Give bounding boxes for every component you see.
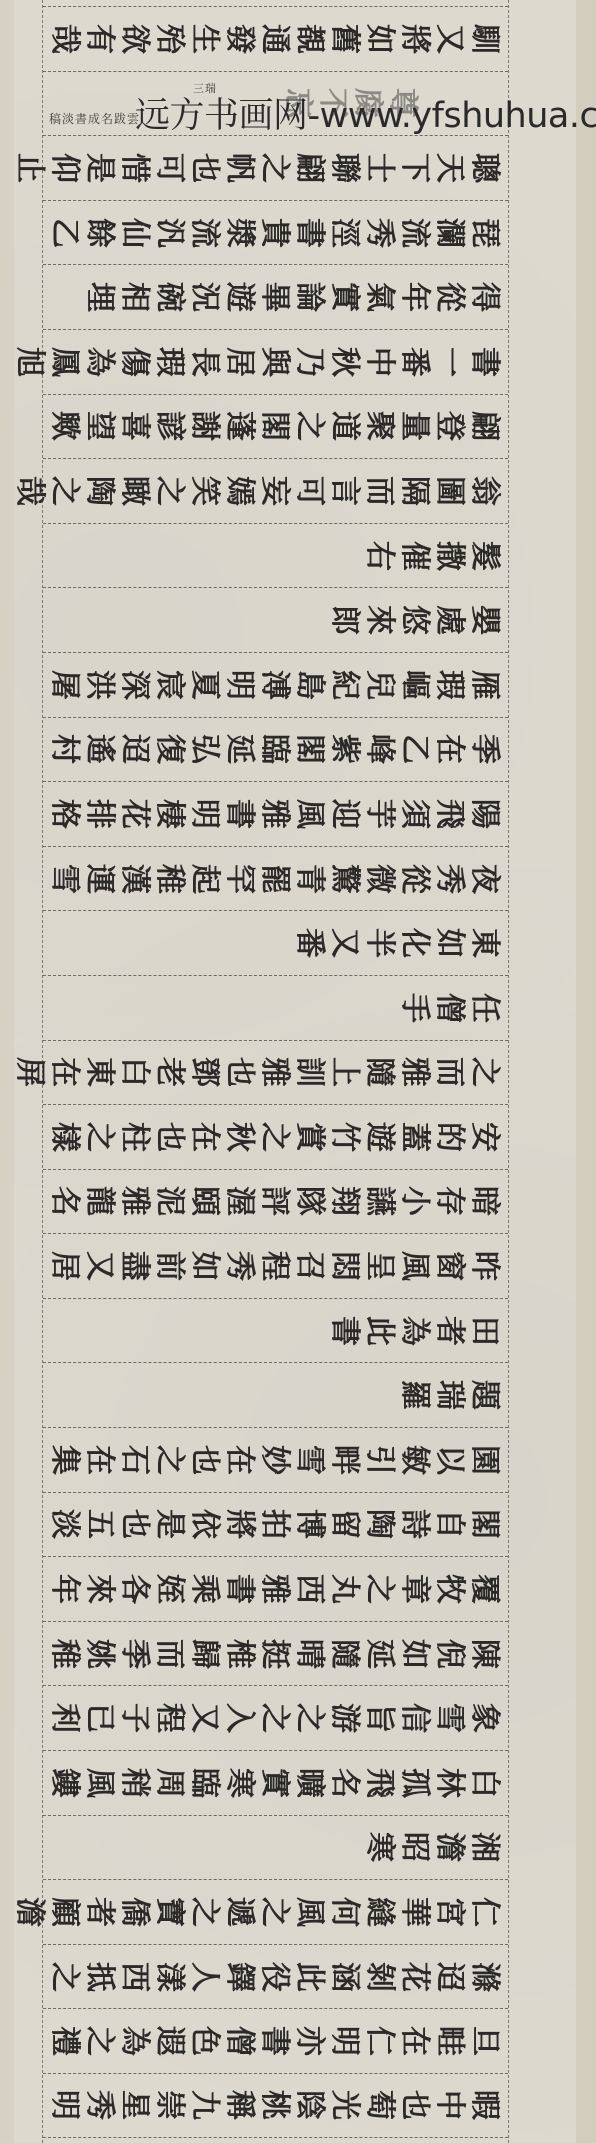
calligraphy-character: 色	[185, 2025, 223, 2057]
calligraphy-character: 髮	[465, 540, 503, 572]
calligraphy-character: 剝	[360, 1961, 398, 1993]
calligraphy-character: 象	[465, 1702, 503, 1734]
column-text: 旦畦在仁明亦書僧色遐為之禮	[48, 2022, 500, 2060]
calligraphy-character: 各	[115, 1573, 153, 1605]
calligraphy-character: 漿	[220, 217, 258, 249]
calligraphy-column: 嬰處悠來郎	[43, 587, 508, 652]
calligraphy-character: 東	[80, 1056, 118, 1088]
calligraphy-column: 髮撒催右	[43, 523, 508, 588]
calligraphy-character: 島	[290, 669, 328, 701]
calligraphy-character: 得	[465, 281, 503, 313]
calligraphy-character: 歸	[185, 1638, 223, 1670]
calligraphy-character: 翁	[465, 475, 503, 507]
calligraphy-column: 聰天下士聯翩之帆也可惜是仰止	[43, 135, 508, 200]
calligraphy-character: 也	[395, 2089, 433, 2121]
calligraphy-character: 蓋	[395, 1121, 433, 1153]
calligraphy-character: 可	[290, 475, 328, 507]
calligraphy-character: 昭	[395, 1831, 433, 1863]
calligraphy-character: 書	[220, 798, 258, 830]
calligraphy-character: 明	[185, 798, 223, 830]
calligraphy-character: 瑕	[150, 346, 188, 378]
calligraphy-character: 名	[325, 1767, 363, 1799]
calligraphy-character: 在	[220, 1444, 258, 1476]
calligraphy-character: 舊	[325, 23, 363, 55]
calligraphy-character: 下	[395, 152, 433, 184]
calligraphy-character: 之	[150, 1444, 188, 1476]
calligraphy-column: 田者為此書	[43, 1298, 508, 1363]
calligraphy-character: 洪	[80, 669, 118, 701]
calligraphy-character: 孤	[395, 1767, 433, 1799]
calligraphy-character: 東	[465, 927, 503, 959]
calligraphy-character: 崇	[150, 2089, 188, 2121]
calligraphy-character: 實	[325, 281, 363, 313]
calligraphy-character: 瀾	[430, 217, 468, 249]
calligraphy-character: 題	[465, 1379, 503, 1411]
calligraphy-column: 雁瑕嶇兒紀島溥明夏宸深洪屠	[43, 652, 508, 717]
calligraphy-character: 馴	[465, 23, 503, 55]
calligraphy-character: 役	[255, 1961, 293, 1993]
calligraphy-character: 埋	[80, 281, 118, 313]
calligraphy-column: 得從年氣實論畢遊況碗相埋	[43, 264, 508, 329]
calligraphy-character: 有	[80, 23, 118, 55]
calligraphy-character: 仁	[360, 2025, 398, 2057]
calligraphy-character: 笑	[185, 475, 223, 507]
calligraphy-character: 為	[80, 346, 118, 378]
calligraphy-character: 雅	[255, 798, 293, 830]
calligraphy-character: 仰	[45, 152, 83, 184]
calligraphy-character: 羅	[395, 1379, 433, 1411]
calligraphy-character: 旨	[360, 1702, 398, 1734]
calligraphy-column: 白林孤飛名曠實寒臨周稍風鏤	[43, 1750, 508, 1815]
calligraphy-character: 從	[430, 281, 468, 313]
calligraphy-character: 相	[115, 281, 153, 313]
calligraphy-character: 峰	[360, 733, 398, 765]
calligraphy-character: 雪	[45, 863, 83, 895]
calligraphy-column: 夜秀從微驚青罷罕起稚漢運雪	[43, 846, 508, 911]
calligraphy-character: 西	[115, 1961, 153, 1993]
calligraphy-character: 姪	[150, 1573, 188, 1605]
calligraphy-character: 竹	[325, 1121, 363, 1153]
calligraphy-character: 鐸	[220, 1961, 258, 1993]
calligraphy-character: 召	[290, 1250, 328, 1282]
column-text: 題瑞羅	[398, 1376, 500, 1414]
calligraphy-character: 寒	[360, 1831, 398, 1863]
calligraphy-character: 生	[185, 23, 223, 55]
calligraphy-character: 子	[115, 1702, 153, 1734]
calligraphy-character: 旭	[10, 346, 48, 378]
calligraphy-character: 星	[115, 2089, 153, 2121]
calligraphy-character: 引	[360, 1444, 398, 1476]
calligraphy-character: 棲	[150, 798, 188, 830]
calligraphy-character: 哉	[10, 475, 48, 507]
calligraphy-character: 謝	[185, 410, 223, 442]
calligraphy-character: 在	[45, 1056, 83, 1088]
calligraphy-character: 稚	[150, 863, 188, 895]
calligraphy-column: 閣自詩陶留博拍將依是也五淡	[43, 1492, 508, 1557]
calligraphy-column: 琵瀾流秀涇書貴漿流汎仙餘乙	[43, 200, 508, 265]
calligraphy-character: 拍	[255, 1508, 293, 1540]
calligraphy-character: 雪	[430, 1702, 468, 1734]
calligraphy-character: 從	[395, 863, 433, 895]
calligraphy-character: 臨	[255, 733, 293, 765]
calligraphy-character: 程	[255, 1250, 293, 1282]
calligraphy-character: 雅	[115, 1185, 153, 1217]
column-text: 陽飛須芋迎風雅書明棲花排格	[48, 795, 500, 833]
calligraphy-character: 如	[360, 23, 398, 55]
calligraphy-character: 白	[115, 1056, 153, 1088]
column-text: 聰天下士聯翩之帆也可惜是仰止	[13, 149, 500, 187]
calligraphy-character: 發	[220, 23, 258, 55]
calligraphy-character: 陰	[290, 2089, 328, 2121]
column-text: 髮撒催右	[363, 537, 500, 575]
calligraphy-character: 遐	[150, 2025, 188, 2057]
calligraphy-character: 上	[325, 1056, 363, 1088]
calligraphy-character: 雪	[290, 1444, 328, 1476]
calligraphy-character: 風	[80, 1767, 118, 1799]
column-text: 湘澹昭寒	[363, 1828, 500, 1866]
calligraphy-column: 書一番中秋乃與居長瑕傷為鳳旭	[43, 329, 508, 394]
calligraphy-character: 復	[150, 733, 188, 765]
calligraphy-character: 秋	[325, 346, 363, 378]
calligraphy-character: 延	[220, 733, 258, 765]
calligraphy-character: 萄	[360, 2089, 398, 2121]
calligraphy-character: 微	[360, 863, 398, 895]
calligraphy-character: 閣	[290, 733, 328, 765]
calligraphy-column: 暇中也萄光陰桃稱九崇星秀明	[43, 2073, 508, 2138]
calligraphy-column: 旦畦在仁明亦書僧色遐為之禮	[43, 2008, 508, 2073]
calligraphy-character: 半	[360, 927, 398, 959]
calligraphy-character: 暇	[465, 2089, 503, 2121]
calligraphy-column: 之而雅隨上訓雅也鄧老白東在屏	[43, 1040, 508, 1105]
calligraphy-character: 又	[185, 1702, 223, 1734]
calligraphy-character: 為	[395, 1315, 433, 1347]
calligraphy-character: 在	[395, 2025, 433, 2057]
calligraphy-character: 也	[185, 1444, 223, 1476]
calligraphy-character: 呈	[360, 1250, 398, 1282]
calligraphy-character: 之	[255, 1702, 293, 1734]
calligraphy-character: 旦	[465, 2025, 503, 2057]
calligraphy-character: 涵	[325, 1961, 363, 1993]
calligraphy-character: 雁	[465, 669, 503, 701]
calligraphy-character: 書	[325, 1315, 363, 1347]
calligraphy-character: 翩	[465, 410, 503, 442]
calligraphy-character: 之	[45, 475, 83, 507]
calligraphy-character: 臨	[185, 1767, 223, 1799]
calligraphy-character: 紀	[325, 669, 363, 701]
scroll-mount-right	[576, 0, 596, 2143]
calligraphy-character: 渥	[220, 1185, 258, 1217]
site-watermark: 远方书画网-www.yfshuhua.com	[135, 88, 596, 138]
column-text: 東如化半又番	[293, 924, 500, 962]
calligraphy-character: 畦	[430, 2025, 468, 2057]
calligraphy-character: 秀	[360, 217, 398, 249]
calligraphy-character: 撒	[430, 540, 468, 572]
column-text: 書一番中秋乃與居長瑕傷為鳳旭	[13, 343, 500, 381]
calligraphy-character: 屠	[45, 669, 83, 701]
calligraphy-character: 西	[290, 1573, 328, 1605]
calligraphy-character: 瞰	[115, 475, 153, 507]
calligraphy-character: 曠	[290, 1767, 328, 1799]
calligraphy-character: 迢	[430, 1961, 468, 1993]
calligraphy-character: 僧	[430, 992, 468, 1024]
calligraphy-character: 泥	[150, 1185, 188, 1217]
calligraphy-character: 光	[325, 2089, 363, 2121]
calligraphy-column: 安的蓋遊竹賞之秋在也柱之樣	[43, 1104, 508, 1169]
calligraphy-character: 挺	[255, 1638, 293, 1670]
calligraphy-character: 溥	[255, 669, 293, 701]
calligraphy-character: 隨	[325, 1638, 363, 1670]
calligraphy-character: 登	[430, 410, 468, 442]
column-text: 翩登量聚道之閣蓬謝諺喜望歟	[48, 407, 500, 445]
calligraphy-character: 屏	[10, 1056, 48, 1088]
calligraphy-character: 雅	[255, 1573, 293, 1605]
calligraphy-character: 陽	[465, 798, 503, 830]
ruled-border-right	[508, 0, 509, 2143]
calligraphy-character: 傷	[115, 346, 153, 378]
calligraphy-column: 翁圖隔而言可妄嫣笑之瞰陶之哉	[43, 458, 508, 523]
calligraphy-character: 嫣	[220, 475, 258, 507]
calligraphy-character: 澹	[10, 1896, 48, 1928]
calligraphy-character: 流	[395, 217, 433, 249]
calligraphy-character: 之	[185, 1896, 223, 1928]
calligraphy-column: 暗存小讌翔隊評渥頤泥雅龍名	[43, 1169, 508, 1234]
calligraphy-character: 氣	[360, 281, 398, 313]
calligraphy-character: 雅	[395, 1056, 433, 1088]
calligraphy-character: 年	[45, 1573, 83, 1605]
calligraphy-character: 也	[150, 1121, 188, 1153]
calligraphy-character: 姚	[80, 1638, 118, 1670]
calligraphy-character: 五	[80, 1508, 118, 1540]
calligraphy-column: 仁宮華縫何風之遞之寶僑者顧澹	[43, 1879, 508, 1944]
calligraphy-character: 晴	[290, 1638, 328, 1670]
calligraphy-character: 殆	[150, 23, 188, 55]
column-text: 象雪信旨游之之入又程子已利	[48, 1699, 500, 1737]
calligraphy-character: 處	[430, 604, 468, 636]
calligraphy-character: 圖	[430, 475, 468, 507]
calligraphy-character: 琵	[465, 217, 503, 249]
calligraphy-column: 滌迢花剝涵此役鐸人漾西抵之	[43, 1944, 508, 2009]
calligraphy-character: 漾	[150, 1961, 188, 1993]
calligraphy-character: 漢	[115, 863, 153, 895]
calligraphy-character: 宮	[430, 1896, 468, 1928]
calligraphy-character: 湘	[465, 1831, 503, 1863]
calligraphy-character: 閣	[255, 410, 293, 442]
calligraphy-character: 迢	[115, 733, 153, 765]
calligraphy-column: 覆牧章之丸西雅書乘姪各來年	[43, 1556, 508, 1621]
calligraphy-character: 抵	[80, 1961, 118, 1993]
calligraphy-character: 詩	[395, 1508, 433, 1540]
calligraphy-character: 鏤	[45, 1767, 83, 1799]
calligraphy-character: 流	[185, 217, 223, 249]
calligraphy-character: 昨	[465, 1250, 503, 1282]
calligraphy-character: 遊	[360, 1121, 398, 1153]
calligraphy-character: 止	[10, 152, 48, 184]
calligraphy-character: 陶	[360, 1508, 398, 1540]
calligraphy-column: 馴又將如舊覩通發生殆欲有哉	[43, 6, 508, 71]
calligraphy-character: 椎	[220, 1638, 258, 1670]
calligraphy-character: 中	[430, 2089, 468, 2121]
calligraphy-character: 右	[360, 540, 398, 572]
calligraphy-character: 妄	[255, 475, 293, 507]
calligraphy-character: 樣	[45, 1121, 83, 1153]
calligraphy-character: 僧	[220, 2025, 258, 2057]
calligraphy-character: 柱	[115, 1121, 153, 1153]
calligraphy-character: 而	[360, 475, 398, 507]
column-text: 琵瀾流秀涇書貴漿流汎仙餘乙	[48, 214, 500, 252]
calligraphy-character: 者	[80, 1896, 118, 1928]
calligraphy-character: 章	[395, 1573, 433, 1605]
calligraphy-character: 入	[220, 1702, 258, 1734]
calligraphy-character: 風	[290, 1896, 328, 1928]
calligraphy-character: 雅	[255, 1056, 293, 1088]
calligraphy-character: 紫	[325, 733, 363, 765]
calligraphy-character: 居	[45, 1250, 83, 1282]
calligraphy-character: 乙	[395, 733, 433, 765]
column-text: 任僧手	[398, 989, 500, 1027]
calligraphy-character: 畢	[255, 281, 293, 313]
calligraphy-character: 延	[360, 1638, 398, 1670]
calligraphy-character: 一	[430, 346, 468, 378]
column-text: 白林孤飛名曠實寒臨周稍風鏤	[48, 1764, 500, 1802]
calligraphy-character: 悠	[395, 604, 433, 636]
calligraphy-character: 深	[115, 669, 153, 701]
calligraphy-character: 之	[255, 1121, 293, 1153]
column-text: 覆牧章之丸西雅書乘姪各來年	[48, 1570, 500, 1608]
calligraphy-character: 瑞	[430, 1379, 468, 1411]
calligraphy-character: 周	[150, 1767, 188, 1799]
calligraphy-character: 來	[80, 1573, 118, 1605]
calligraphy-character: 縫	[360, 1896, 398, 1928]
calligraphy-character: 訓	[290, 1056, 328, 1088]
column-text: 園以敏引畔雪妙在也之石在集	[48, 1441, 500, 1479]
calligraphy-character: 風	[395, 1250, 433, 1282]
calligraphy-character: 鄧	[185, 1056, 223, 1088]
calligraphy-character: 者	[430, 1315, 468, 1347]
calligraphy-character: 蓬	[220, 410, 258, 442]
calligraphy-character: 而	[430, 1056, 468, 1088]
calligraphy-character: 涇	[325, 217, 363, 249]
calligraphy-character: 書	[255, 2025, 293, 2057]
calligraphy-character: 中	[360, 346, 398, 378]
calligraphy-character: 翔	[325, 1185, 363, 1217]
column-text: 得從年氣實論畢遊況碗相埋	[83, 278, 500, 316]
calligraphy-character: 賞	[290, 1121, 328, 1153]
calligraphy-column: 任僧手	[43, 975, 508, 1040]
calligraphy-character: 程	[150, 1702, 188, 1734]
calligraphy-character: 又	[80, 1250, 118, 1282]
calligraphy-character: 是	[80, 152, 118, 184]
column-text: 之而雅隨上訓雅也鄧老白東在屏	[13, 1053, 500, 1091]
calligraphy-character: 道	[325, 410, 363, 442]
calligraphy-column: 陽飛須芋迎風雅書明棲花排格	[43, 781, 508, 846]
calligraphy-character: 之	[150, 475, 188, 507]
calligraphy-character: 滌	[465, 1961, 503, 1993]
calligraphy-character: 小	[395, 1185, 433, 1217]
calligraphy-character: 明	[45, 2089, 83, 2121]
calligraphy-character: 盡	[115, 1250, 153, 1282]
calligraphy-character: 罷	[255, 863, 293, 895]
column-text: 仁宮華縫何風之遞之寶僑者顧澹	[13, 1893, 500, 1931]
calligraphy-character: 也	[220, 1056, 258, 1088]
calligraphy-character: 如	[395, 1638, 433, 1670]
calligraphy-character: 人	[185, 1961, 223, 1993]
calligraphy-character: 在	[185, 1121, 223, 1153]
calligraphy-character: 通	[255, 23, 293, 55]
calligraphy-character: 覩	[290, 23, 328, 55]
calligraphy-character: 閣	[465, 1508, 503, 1540]
calligraphy-character: 田	[465, 1315, 503, 1347]
calligraphy-character: 之	[45, 1961, 83, 1993]
calligraphy-character: 秀	[80, 2089, 118, 2121]
calligraphy-character: 兒	[360, 669, 398, 701]
calligraphy-character: 禮	[45, 2025, 83, 2057]
column-text: 暇中也萄光陰桃稱九崇星秀明	[48, 2086, 500, 2124]
column-text: 雁瑕嶇兒紀島溥明夏宸深洪屠	[48, 666, 500, 704]
calligraphy-character: 瑕	[430, 669, 468, 701]
calligraphy-column: 翩登量聚道之閣蓬謝諺喜望歟	[43, 394, 508, 459]
calligraphy-character: 丸	[325, 1573, 363, 1605]
small-annotation-line: 稿淡書成名跋雲	[49, 110, 140, 127]
calligraphy-column: 陳倪如延隨晴挺椎歸而季姚稚	[43, 1621, 508, 1686]
calligraphy-character: 龍	[80, 1185, 118, 1217]
calligraphy-character: 須	[395, 798, 433, 830]
calligraphy-character: 隊	[290, 1185, 328, 1217]
calligraphy-character: 讌	[360, 1185, 398, 1217]
calligraphy-character: 自	[430, 1508, 468, 1540]
calligraphy-character: 澹	[430, 1831, 468, 1863]
calligraphy-character: 寶	[150, 1896, 188, 1928]
column-text: 暗存小讌翔隊評渥頤泥雅龍名	[48, 1182, 500, 1220]
column-text: 馴又將如舊覩通發生殆欲有哉	[48, 20, 500, 58]
calligraphy-character: 歟	[45, 410, 83, 442]
calligraphy-column: 湘澹昭寒	[43, 1815, 508, 1880]
calligraphy-character: 將	[395, 23, 433, 55]
calligraphy-character: 寒	[220, 1767, 258, 1799]
calligraphy-character: 帆	[220, 152, 258, 184]
calligraphy-character: 運	[80, 863, 118, 895]
calligraphy-character: 迎	[325, 798, 363, 830]
calligraphy-character: 隔	[395, 475, 433, 507]
calligraphy-character: 況	[185, 281, 223, 313]
calligraphy-character: 存	[430, 1185, 468, 1217]
calligraphy-character: 長	[185, 346, 223, 378]
calligraphy-character: 餘	[80, 217, 118, 249]
calligraphy-character: 秀	[430, 863, 468, 895]
calligraphy-character: 風	[290, 798, 328, 830]
calligraphy-character: 宸	[150, 669, 188, 701]
calligraphy-character: 排	[80, 798, 118, 830]
calligraphy-character: 之	[80, 2025, 118, 2057]
calligraphy-column: 象雪信旨游之之入又程子已利	[43, 1685, 508, 1750]
calligraphy-character: 催	[395, 540, 433, 572]
calligraphy-character: 欲	[115, 23, 153, 55]
calligraphy-character: 窗	[430, 1250, 468, 1282]
calligraphy-character: 依	[185, 1508, 223, 1540]
calligraphy-character: 妙	[255, 1444, 293, 1476]
calligraphy-character: 覆	[465, 1573, 503, 1605]
calligraphy-character: 任	[465, 992, 503, 1024]
calligraphy-character: 遙	[80, 733, 118, 765]
calligraphy-character: 乙	[45, 217, 83, 249]
calligraphy-character: 花	[395, 1961, 433, 1993]
calligraphy-column: 東如化半又番	[43, 910, 508, 975]
calligraphy-character: 亦	[290, 2025, 328, 2057]
calligraphy-character: 哉	[45, 23, 83, 55]
calligraphy-character: 陳	[465, 1638, 503, 1670]
calligraphy-character: 利	[45, 1702, 83, 1734]
calligraphy-character: 士	[360, 152, 398, 184]
calligraphy-character: 之	[465, 1056, 503, 1088]
